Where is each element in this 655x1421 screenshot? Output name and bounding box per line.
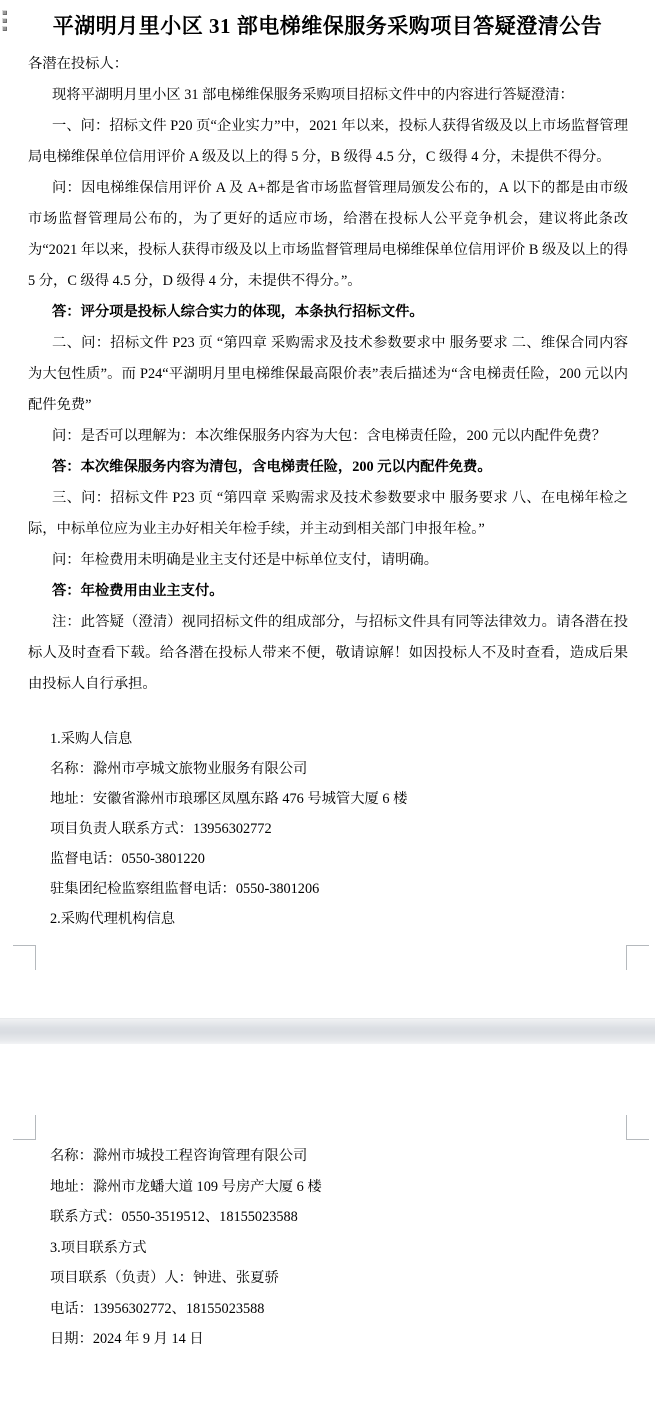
- qa-question-3: 三、问：招标文件 P23 页 “第四章 采购需求及技术参数要求中 服务要求 八、…: [28, 483, 628, 545]
- qa-question-1b: 问：因电梯维保信用评价 A 及 A+都是省市场监督管理局颁发公布的，A 以下的都…: [28, 173, 628, 297]
- page1-bottom-left-margin-mark: [13, 945, 36, 970]
- qa-answer-3: 答：年检费用由业主支付。: [28, 576, 628, 607]
- purchaser-section-heading: 1.采购人信息: [50, 724, 630, 754]
- qa-question-1: 一、问：招标文件 P20 页“企业实力”中，2021 年以来，投标人获得省级及以…: [28, 111, 628, 173]
- agency-contact: 联系方式：0550-3519512、18155023588: [50, 1202, 630, 1233]
- qa-answer-1: 答：评分项是投标人综合实力的体现，本条执行招标文件。: [28, 297, 628, 328]
- salutation: 各潜在投标人：: [28, 49, 628, 80]
- project-contact-phone: 电话：13956302772、18155023588: [50, 1294, 630, 1325]
- page1-bottom-right-margin-mark: [626, 945, 649, 970]
- page-separator: [0, 1018, 655, 1044]
- note-paragraph: 注：此答疑（澄清）视同招标文件的组成部分，与招标文件具有同等法律效力。请各潜在投…: [28, 607, 628, 700]
- document-page: 平湖明月里小区 31 部电梯维保服务采购项目答疑澄清公告 各潜在投标人： 现将平…: [0, 0, 655, 1421]
- qa-body: 各潜在投标人： 现将平湖明月里小区 31 部电梯维保服务采购项目招标文件中的内容…: [28, 44, 628, 700]
- page-two: 名称：滁州市城投工程咨询管理有限公司 地址：滁州市龙蟠大道 109 号房产大厦 …: [50, 1141, 630, 1355]
- supervision-phone: 监督电话：0550-3801220: [50, 844, 630, 874]
- qa-answer-2: 答：本次维保服务内容为清包，含电梯责任险，200 元以内配件免费。: [28, 452, 628, 483]
- page-one: 平湖明月里小区 31 部电梯维保服务采购项目答疑澄清公告 各潜在投标人： 现将平…: [0, 0, 655, 700]
- page2-top-left-margin-mark: [13, 1115, 36, 1140]
- qa-question-2: 二、问：招标文件 P23 页 “第四章 采购需求及技术参数要求中 服务要求 二、…: [28, 328, 628, 421]
- discipline-supervision-phone: 驻集团纪检监察组监督电话：0550-3801206: [50, 874, 630, 904]
- qa-question-2b: 问：是否可以理解为：本次维保服务内容为大包：含电梯责任险，200 元以内配件免费…: [28, 421, 628, 452]
- purchaser-info: 1.采购人信息 名称：滁州市亭城文旅物业服务有限公司 地址：安徽省滁州市琅琊区凤…: [50, 724, 630, 934]
- announcement-date: 日期：2024 年 9 月 14 日: [50, 1324, 630, 1355]
- qa-question-3b: 问：年检费用未明确是业主支付还是中标单位支付，请明确。: [28, 545, 628, 576]
- intro-paragraph: 现将平湖明月里小区 31 部电梯维保服务采购项目招标文件中的内容进行答疑澄清：: [28, 80, 628, 111]
- project-contact-heading: 3.项目联系方式: [50, 1233, 630, 1264]
- page-title: 平湖明月里小区 31 部电梯维保服务采购项目答疑澄清公告: [30, 0, 625, 44]
- page2-top-right-margin-mark: [626, 1115, 649, 1140]
- purchaser-contact: 项目负责人联系方式：13956302772: [50, 814, 630, 844]
- purchaser-address: 地址：安徽省滁州市琅琊区凤凰东路 476 号城管大厦 6 楼: [50, 784, 630, 814]
- agency-name: 名称：滁州市城投工程咨询管理有限公司: [50, 1141, 630, 1172]
- project-contact-person: 项目联系（负责）人：钟进、张夏骄: [50, 1263, 630, 1294]
- purchaser-name: 名称：滁州市亭城文旅物业服务有限公司: [50, 754, 630, 784]
- agency-section-heading: 2.采购代理机构信息: [50, 904, 630, 934]
- agency-address: 地址：滁州市龙蟠大道 109 号房产大厦 6 楼: [50, 1172, 630, 1203]
